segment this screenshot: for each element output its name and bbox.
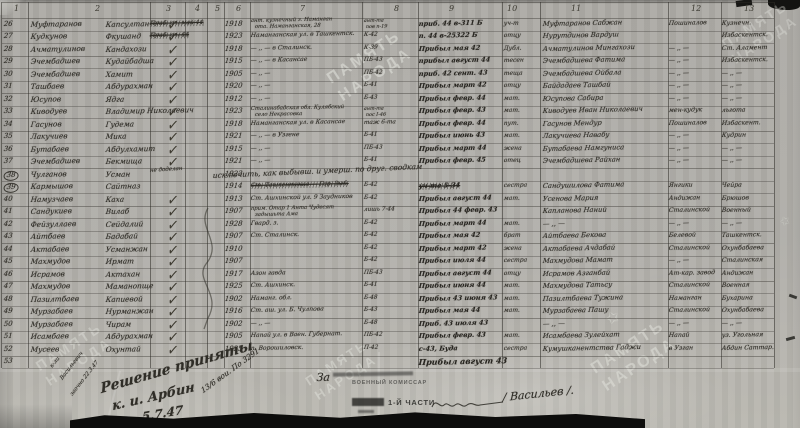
- cell-nam: Сейдалий: [105, 220, 143, 228]
- row-number: 52: [3, 345, 13, 352]
- cell-c9: Прибыл мая 44: [418, 307, 480, 315]
- cell-c12: Сталинской: [668, 282, 710, 289]
- cell-c7: — ,, — в Касансае: [250, 57, 307, 64]
- cell-nam: Гудема: [105, 120, 134, 128]
- cell-c13: уз. Угольная: [721, 332, 763, 339]
- cell-yr: 1917: [224, 270, 242, 277]
- cell-c13: Охунбабаева: [721, 307, 764, 314]
- cell-yr: 1902: [224, 320, 242, 327]
- cell-nam: Сайтназ: [105, 182, 140, 190]
- cell-c10: мат.: [503, 333, 520, 339]
- cell-fam: Гасунов: [30, 120, 62, 128]
- column-header-number: 13: [744, 4, 754, 13]
- cell-fam: Махмудов: [30, 257, 70, 265]
- cell-fam: Ачматулинов: [30, 44, 85, 52]
- grid-vline: [540, 2, 541, 368]
- cell-c9: Прибыл март 44: [418, 144, 486, 152]
- cell-yr: 1907: [224, 258, 242, 265]
- row-number: 36: [3, 145, 13, 152]
- grid-vline: [207, 2, 208, 368]
- cell-nam: Абдурахман: [105, 332, 153, 340]
- cell-c13: — ,, —: [721, 83, 742, 90]
- cell-c7: Ст. Ашхинск.: [250, 282, 295, 289]
- cell-c9: Прибыл август 44: [418, 269, 491, 277]
- cell-c10: мат.: [503, 195, 520, 201]
- cell-c8: ПБ-43: [364, 58, 383, 64]
- cell-fam: Мусеев: [30, 345, 59, 353]
- cell-yr: 1918: [224, 20, 242, 27]
- cell-fam: Актабаев: [30, 245, 69, 253]
- row-number: 27: [3, 33, 13, 40]
- row-number: 38: [3, 170, 19, 180]
- cell-c7: — ,, — в Узгене: [250, 132, 299, 139]
- cell-c13: — ,, —: [721, 158, 742, 165]
- cell-c10: отец: [503, 158, 521, 164]
- cell-fam: Намузчаев: [30, 195, 73, 203]
- cell-c12: — ,, —: [668, 133, 689, 140]
- cell-c8: Б-48: [364, 295, 378, 301]
- cell-c8: Б-42: [364, 195, 378, 201]
- cell-c10: отцу: [503, 83, 520, 89]
- cell-nam: Фкушанд: [105, 32, 141, 40]
- row-number: 46: [3, 270, 13, 277]
- cell-c11: Мурзабаева Пашу: [542, 307, 608, 315]
- cell-nam: Чирам: [105, 320, 131, 328]
- cell-c9: Прибыл февр. 44: [418, 94, 486, 102]
- cell-nam: Кандахози: [105, 45, 147, 53]
- cell-nam: Ядга: [105, 95, 124, 103]
- row-number: 35: [3, 133, 13, 140]
- cell-yr: 1905: [224, 70, 242, 77]
- row-number: 43: [3, 233, 13, 240]
- cell-c13: Кузнечн.: [721, 20, 751, 27]
- cell-c8-line2: пос I-46: [366, 112, 387, 117]
- cell-c7-line2: задышьта Ама: [255, 212, 298, 218]
- cell-fam: Муфтаранов: [30, 19, 82, 27]
- cell-c10: мат.: [503, 133, 520, 139]
- grid-vline: [185, 2, 186, 368]
- cell-fam: Ташбаев: [30, 82, 64, 90]
- row-number: 44: [3, 245, 13, 252]
- grid-vline: [1, 2, 2, 368]
- cell-c7: Наманг. обл.: [250, 295, 292, 302]
- column-header-number: 8: [394, 4, 399, 13]
- cell-c10: Дубл.: [503, 45, 521, 51]
- cell-c13: Абдин Саттар.: [721, 344, 774, 351]
- row-number: 51: [3, 333, 13, 340]
- cell-c7: — ,, —: [250, 320, 270, 326]
- cell-c12: Янгики: [668, 183, 692, 190]
- cell-c13: Бухарина: [721, 295, 753, 302]
- cell-c11: Бутабаева Намгуниса: [542, 144, 624, 153]
- cell-c9: Приб. 43 июля 43: [418, 319, 488, 327]
- cell-yr: 1902: [224, 295, 242, 302]
- cell-c3: Приб. оч. 44: [149, 32, 189, 39]
- stamp-commissar-line: ВОЕННЫЙ КОМИССАР: [352, 381, 427, 387]
- cell-c10: сестра: [503, 183, 527, 190]
- cell-c11: — ,, —: [542, 220, 565, 227]
- cell-c7-line2: село Некрасовка: [255, 112, 303, 118]
- cell-c11: Лакучиева Навабу: [542, 132, 609, 140]
- cell-yr: 1918: [224, 120, 242, 127]
- cell-c13: Чейра: [721, 183, 742, 190]
- cell-c8: Б-41: [364, 133, 378, 139]
- cell-fam: Исрамов: [30, 270, 65, 278]
- cell-c12: — ,, —: [668, 83, 689, 90]
- cell-c10: брат: [503, 233, 520, 239]
- cell-fam: Мурзабаев: [30, 307, 73, 315]
- column-header-number: 12: [691, 4, 701, 13]
- cell-c12: — ,, —: [668, 45, 689, 52]
- row-number: 39: [3, 183, 19, 193]
- cell-c11: Эчембадшева Райхан: [542, 156, 620, 164]
- cell-c13: — ,, —: [721, 220, 742, 227]
- column-header-number: 11: [571, 4, 581, 13]
- cell-fam: Фейзуллаев: [30, 220, 76, 228]
- cell-c12: — ,, —: [668, 70, 689, 77]
- cell-c12: Напай: [668, 333, 689, 340]
- cell-c8: ПБ-42: [364, 333, 383, 339]
- cell-c10: мат.: [503, 295, 520, 301]
- cell-c9: приб. 42 сент. 43: [418, 69, 487, 77]
- row-number: 29: [3, 58, 13, 65]
- cell-nam: Каха: [105, 195, 124, 203]
- cell-c8: К-39: [364, 45, 378, 51]
- cell-c11: Махмудова Татьсу: [542, 282, 612, 290]
- cell-nam: Нурманжан: [105, 307, 154, 315]
- cell-c11: Усенова Мария: [542, 194, 598, 202]
- cell-c3: Приб. оч. май 44: [149, 19, 203, 26]
- grid-hline: [2, 356, 774, 357]
- cell-yr: 1907: [224, 233, 242, 240]
- za-handwritten: За: [316, 372, 330, 383]
- cell-c10: теща: [503, 70, 522, 76]
- cell-c8: Б-43: [364, 308, 378, 314]
- cell-c11: Эчембадшева Фатима: [542, 56, 625, 65]
- cell-c9: Прибыл август 43: [418, 356, 507, 366]
- cell-c8: Б-41: [364, 283, 378, 289]
- cell-nam: Вилаб: [105, 208, 129, 216]
- cell-c10: уч-т: [503, 20, 518, 26]
- cell-yr: 1925: [224, 345, 242, 352]
- cell-fam: Эчембадшев: [30, 57, 80, 65]
- cell-c10: отцу: [503, 270, 520, 276]
- cell-fam: Кармышов: [30, 182, 73, 190]
- cell-c11: Капланова Наний: [542, 207, 607, 215]
- cell-c13: — ,, —: [721, 320, 742, 327]
- cell-c10: сестра: [503, 258, 527, 265]
- cell-nam: Хамит: [105, 70, 133, 78]
- cell-c8-line2: пов п-19: [366, 25, 388, 30]
- cell-c11: Исрамов Азганбай: [542, 269, 610, 277]
- column-header-number: 5: [215, 4, 220, 13]
- cell-c8: лишь 7-44: [364, 207, 395, 213]
- cell-yr: 1914: [224, 183, 242, 190]
- cell-c13: Избаскентск.: [721, 57, 768, 64]
- row-number: 49: [3, 308, 13, 315]
- cell-c8: Б-42: [364, 258, 378, 264]
- cell-c9: с-43, Буда: [418, 345, 458, 352]
- row-number: 32: [3, 95, 13, 102]
- cell-nam: Усманжан: [105, 245, 148, 253]
- cell-c13: Избаскентск.: [721, 32, 768, 39]
- cell-c10: мат.: [503, 220, 520, 226]
- signature-name: / Васильев /.: [503, 385, 575, 404]
- cell-yr: 1912: [224, 95, 242, 102]
- watermark-pamyat-naroda: ПАМЯТЬ НАРОДА: [587, 316, 680, 397]
- cell-nam: Абдулхамит: [105, 144, 155, 152]
- cell-c10: отцу: [503, 33, 520, 39]
- grid-vline: [774, 2, 775, 368]
- cell-yr: 1928: [224, 220, 242, 227]
- stamp-smudge-line: [333, 371, 413, 376]
- cell-c13: Военный: [721, 207, 751, 214]
- cell-c7: Азон гавда: [250, 270, 285, 277]
- cell-c7: Ст. Сталинск.: [250, 232, 299, 239]
- stamp-part-line: 1-Й ЧАСТИ: [388, 399, 435, 407]
- cell-c7: — ,, — в Сталинск.: [250, 44, 312, 51]
- cell-fam: Кудкунов: [30, 32, 67, 40]
- ink-tick: [786, 336, 795, 341]
- cell-c12: — ,, —: [668, 145, 689, 152]
- cell-c7: — ,, —: [250, 95, 270, 101]
- grid-vline: [28, 2, 29, 368]
- cell-c10: жена: [503, 145, 521, 151]
- cell-c13: Брюшов: [721, 195, 749, 202]
- cell-c8: ПБ-43: [364, 270, 383, 276]
- cell-c12: Сталинской: [668, 245, 710, 252]
- cell-c12: — ,, —: [668, 320, 689, 327]
- cell-c7: Наманганская ул. в Ташкентск.: [250, 31, 354, 39]
- cell-yr: 1923: [224, 33, 242, 40]
- row-number: 30: [3, 70, 13, 77]
- row-number: 48: [3, 295, 13, 302]
- grid-hline: [2, 2, 774, 3]
- cell-nam: Бекмища: [105, 157, 142, 165]
- cell-c9: уч-та 5-34: [418, 182, 460, 189]
- cell-c12: в Узган: [668, 345, 693, 352]
- cell-c7: — ,, —: [250, 83, 270, 89]
- cell-c9: Прибыл мая 42: [418, 44, 480, 52]
- cell-c11: Гасунов Мендур: [542, 119, 602, 127]
- cell-c8: Б-41: [364, 83, 378, 89]
- cell-c9: Прибыл июнь 43: [418, 132, 485, 140]
- row-number: 45: [3, 258, 13, 265]
- cell-fam: Махмудов: [30, 282, 70, 290]
- row-number: 42: [3, 220, 13, 227]
- cell-c9: прибыл август 44: [418, 57, 490, 65]
- row-wide-note: исключить, как выбывш. и умерш. по друг.…: [213, 162, 423, 179]
- cell-c8: Б-42: [364, 233, 378, 239]
- cell-c11: Исамбаева Зулейхат: [542, 331, 620, 339]
- cell-c10: мат.: [503, 283, 520, 289]
- row-number: 28: [3, 45, 13, 52]
- cell-yr: 1921: [224, 133, 242, 140]
- cell-yr: 1907: [224, 208, 242, 215]
- cell-nam: Капиевой: [105, 295, 143, 303]
- cell-c10: мат.: [503, 308, 520, 314]
- cell-c10: пут.: [503, 120, 518, 126]
- cell-c7: — ,, —: [250, 70, 270, 76]
- cell-c8: таж 6-та: [364, 120, 396, 126]
- cell-c11: Муфтаранов Сабжан: [542, 19, 622, 27]
- cell-c9: Прибыл март 42: [418, 82, 486, 90]
- cell-yr: 1910: [224, 245, 242, 252]
- row-number: 40: [3, 195, 13, 202]
- ink-tick: [789, 294, 798, 300]
- cell-c13: Военная: [721, 282, 749, 289]
- scanned-ledger-page: ПАМЯТЬ НАРОДА ПАМЯТЬ НАРОДА ПАМЯТЬ НАРОД…: [0, 0, 800, 428]
- cell-c8: Б-42: [364, 245, 378, 251]
- cell-c8: Б-42: [364, 220, 378, 226]
- row-number: 41: [3, 208, 13, 215]
- column-header-number: 6: [236, 4, 241, 13]
- cell-c9: Прибыл август 44: [418, 194, 491, 202]
- cell-c9: Прибыл 43 июня 43: [418, 294, 497, 302]
- cell-nam: Усман: [105, 170, 130, 178]
- row-number: 47: [3, 283, 13, 290]
- grid-hline: [2, 368, 774, 369]
- cell-c9: Прибыл февр. 45: [418, 157, 486, 165]
- cell-c12: Андижан: [668, 195, 700, 202]
- cell-c7: Напай ул. в Ваен. Губернат.: [250, 331, 342, 339]
- cell-fam: Эчембадшев: [30, 157, 80, 165]
- cell-c11: Эчембадшева Ойбала: [542, 69, 621, 77]
- cell-c12: — ,, —: [668, 95, 689, 102]
- cell-nam: Абдурахман: [105, 82, 153, 90]
- cell-c13: Сталинская: [721, 257, 763, 264]
- column-header-number: 7: [300, 4, 305, 13]
- cell-yr: 1923: [224, 108, 242, 115]
- cell-c9: Прибыл 44 февр. 43: [418, 206, 497, 214]
- cell-c12: — ,, —: [668, 158, 689, 165]
- cell-fam: Чулганов: [30, 170, 67, 178]
- cell-c8: ант-та: [364, 106, 384, 111]
- row-number: 34: [3, 120, 13, 127]
- cell-nam: Капсултан: [105, 20, 149, 28]
- cell-c7: Гвард. з.: [250, 220, 278, 227]
- cell-fam: Бутабаев: [30, 145, 69, 153]
- cell-remark: не доделан: [150, 167, 183, 175]
- cell-c7: Ст. Ашхинской ул. 9 Заудников: [250, 193, 352, 201]
- cell-yr: 1916: [224, 308, 242, 315]
- cell-c11: Сандушилова Фатима: [542, 181, 624, 190]
- cell-c11: Махмудова Мамат: [542, 257, 613, 265]
- cell-c8: К-42: [364, 33, 378, 39]
- cell-c13: Ст. Аламент: [721, 45, 767, 52]
- cell-c9: Прибыл март 42: [418, 244, 486, 252]
- cell-c12: Наманган: [668, 295, 701, 302]
- cell-c12: — ,, —: [668, 258, 689, 265]
- cell-nam: Бадабай: [105, 232, 138, 240]
- cell-c9: Прибыл июня 44: [418, 282, 486, 290]
- cell-c7: — ,, —: [250, 145, 270, 151]
- cell-c11: Байдадаев Ташбай: [542, 82, 610, 90]
- cell-yr: 1921: [224, 158, 242, 165]
- shadow-corner: [0, 404, 72, 428]
- cell-c13: Ташкентск.: [721, 232, 762, 239]
- cell-c8: Б-42: [364, 183, 378, 189]
- cell-c9: Прибыл март 44: [418, 219, 486, 227]
- cell-c9: Прибыл февр. 43: [418, 107, 486, 115]
- cell-c11: Нурутдинов Вардуш: [542, 31, 619, 39]
- cell-c12: — ,, —: [668, 58, 689, 65]
- cell-c13: Андижан: [721, 270, 753, 277]
- cell-c10: жена: [503, 245, 521, 251]
- cell-fam: Пазилтбаев: [30, 294, 79, 302]
- row-number: 26: [3, 20, 13, 27]
- cell-c8: П-42: [364, 345, 379, 351]
- column-header-number: 1: [14, 4, 19, 13]
- cell-c12: Сталинской: [668, 207, 710, 214]
- cell-c13: — ,, —: [721, 70, 742, 77]
- cell-c10: мат.: [503, 108, 520, 114]
- cell-yr: 1915: [224, 58, 242, 65]
- row-number: 31: [3, 83, 13, 90]
- cell-c12: Ат-кар. завод: [668, 270, 715, 277]
- watermark-star-icon: ✩: [778, 213, 793, 230]
- cell-c12: Пошиналов: [668, 120, 707, 127]
- cell-c10: сестра: [503, 345, 527, 352]
- cell-c8: ПБ-43: [364, 145, 383, 151]
- cell-c11: Ачматулинов Мингахози: [542, 44, 635, 53]
- cell-c9: Прибыл мая 42: [418, 232, 480, 240]
- cell-c9: Прибыл июля 44: [418, 257, 486, 265]
- cell-fam: Айтбаев: [30, 232, 65, 240]
- cell-fam: Исамбаев: [30, 332, 69, 340]
- cell-yr: 1925: [224, 283, 242, 290]
- stamp-bold-blob: [352, 398, 384, 406]
- cell-nam: Ирмат: [105, 257, 134, 265]
- cell-c9: Прибыл февр. 43: [418, 332, 486, 340]
- column-header-number: 10: [507, 4, 517, 13]
- row-number: 37: [3, 158, 13, 165]
- cell-c9: Прибыл февр. 44: [418, 119, 486, 127]
- row-number: 33: [3, 108, 13, 115]
- cell-c11: Юсупова Сабира: [542, 94, 603, 102]
- cell-yr: 1920: [224, 83, 242, 90]
- cell-c11: Киводуев Иван Николаевич: [542, 106, 643, 115]
- cell-c10: мат.: [503, 95, 520, 101]
- cell-c11: Актабаева Ачдабай: [542, 244, 615, 252]
- cell-nam: Кудайбадша: [105, 57, 154, 65]
- cell-c11: Пазилтбаева Тужина: [542, 294, 623, 302]
- cell-c13: Избаскент.: [721, 120, 760, 127]
- cell-c9: п. 44 в-25322 Б: [418, 32, 477, 40]
- cell-c13: Кудрин: [721, 132, 746, 139]
- row-number: 53: [3, 358, 13, 365]
- cell-c7: Ст. Ташкентская — Гор. Зыб.: [250, 181, 348, 189]
- cell-yr: 1915: [224, 145, 242, 152]
- cell-c8: Б-48: [364, 320, 378, 326]
- cell-yr: 1913: [224, 195, 242, 202]
- cell-c11: Айтбаева Бекова: [542, 232, 606, 240]
- cell-c7: п. Ворошиловск.: [250, 344, 303, 351]
- cell-c12: Пошиналов: [668, 20, 707, 27]
- cell-yr: 1918: [224, 45, 242, 52]
- cell-c11: — ,, —: [542, 320, 565, 327]
- cell-c13: Охунбабаева: [721, 245, 764, 252]
- cell-nam: Актахан: [105, 270, 140, 278]
- cell-c12: Сталинской: [668, 307, 710, 314]
- cell-c9: приб. 44 в-311 Б: [418, 19, 482, 27]
- cell-fam: Эчембадшев: [30, 69, 80, 77]
- cell-c10: тесен: [503, 58, 524, 64]
- cell-c7: Наманганская ул. в Касансае: [250, 119, 345, 127]
- cell-c7: Ст. аш. ул. Б. Чулпова: [250, 306, 323, 314]
- cell-fam: Мурзабаев: [30, 320, 73, 328]
- cell-c13: — ,, —: [721, 95, 742, 102]
